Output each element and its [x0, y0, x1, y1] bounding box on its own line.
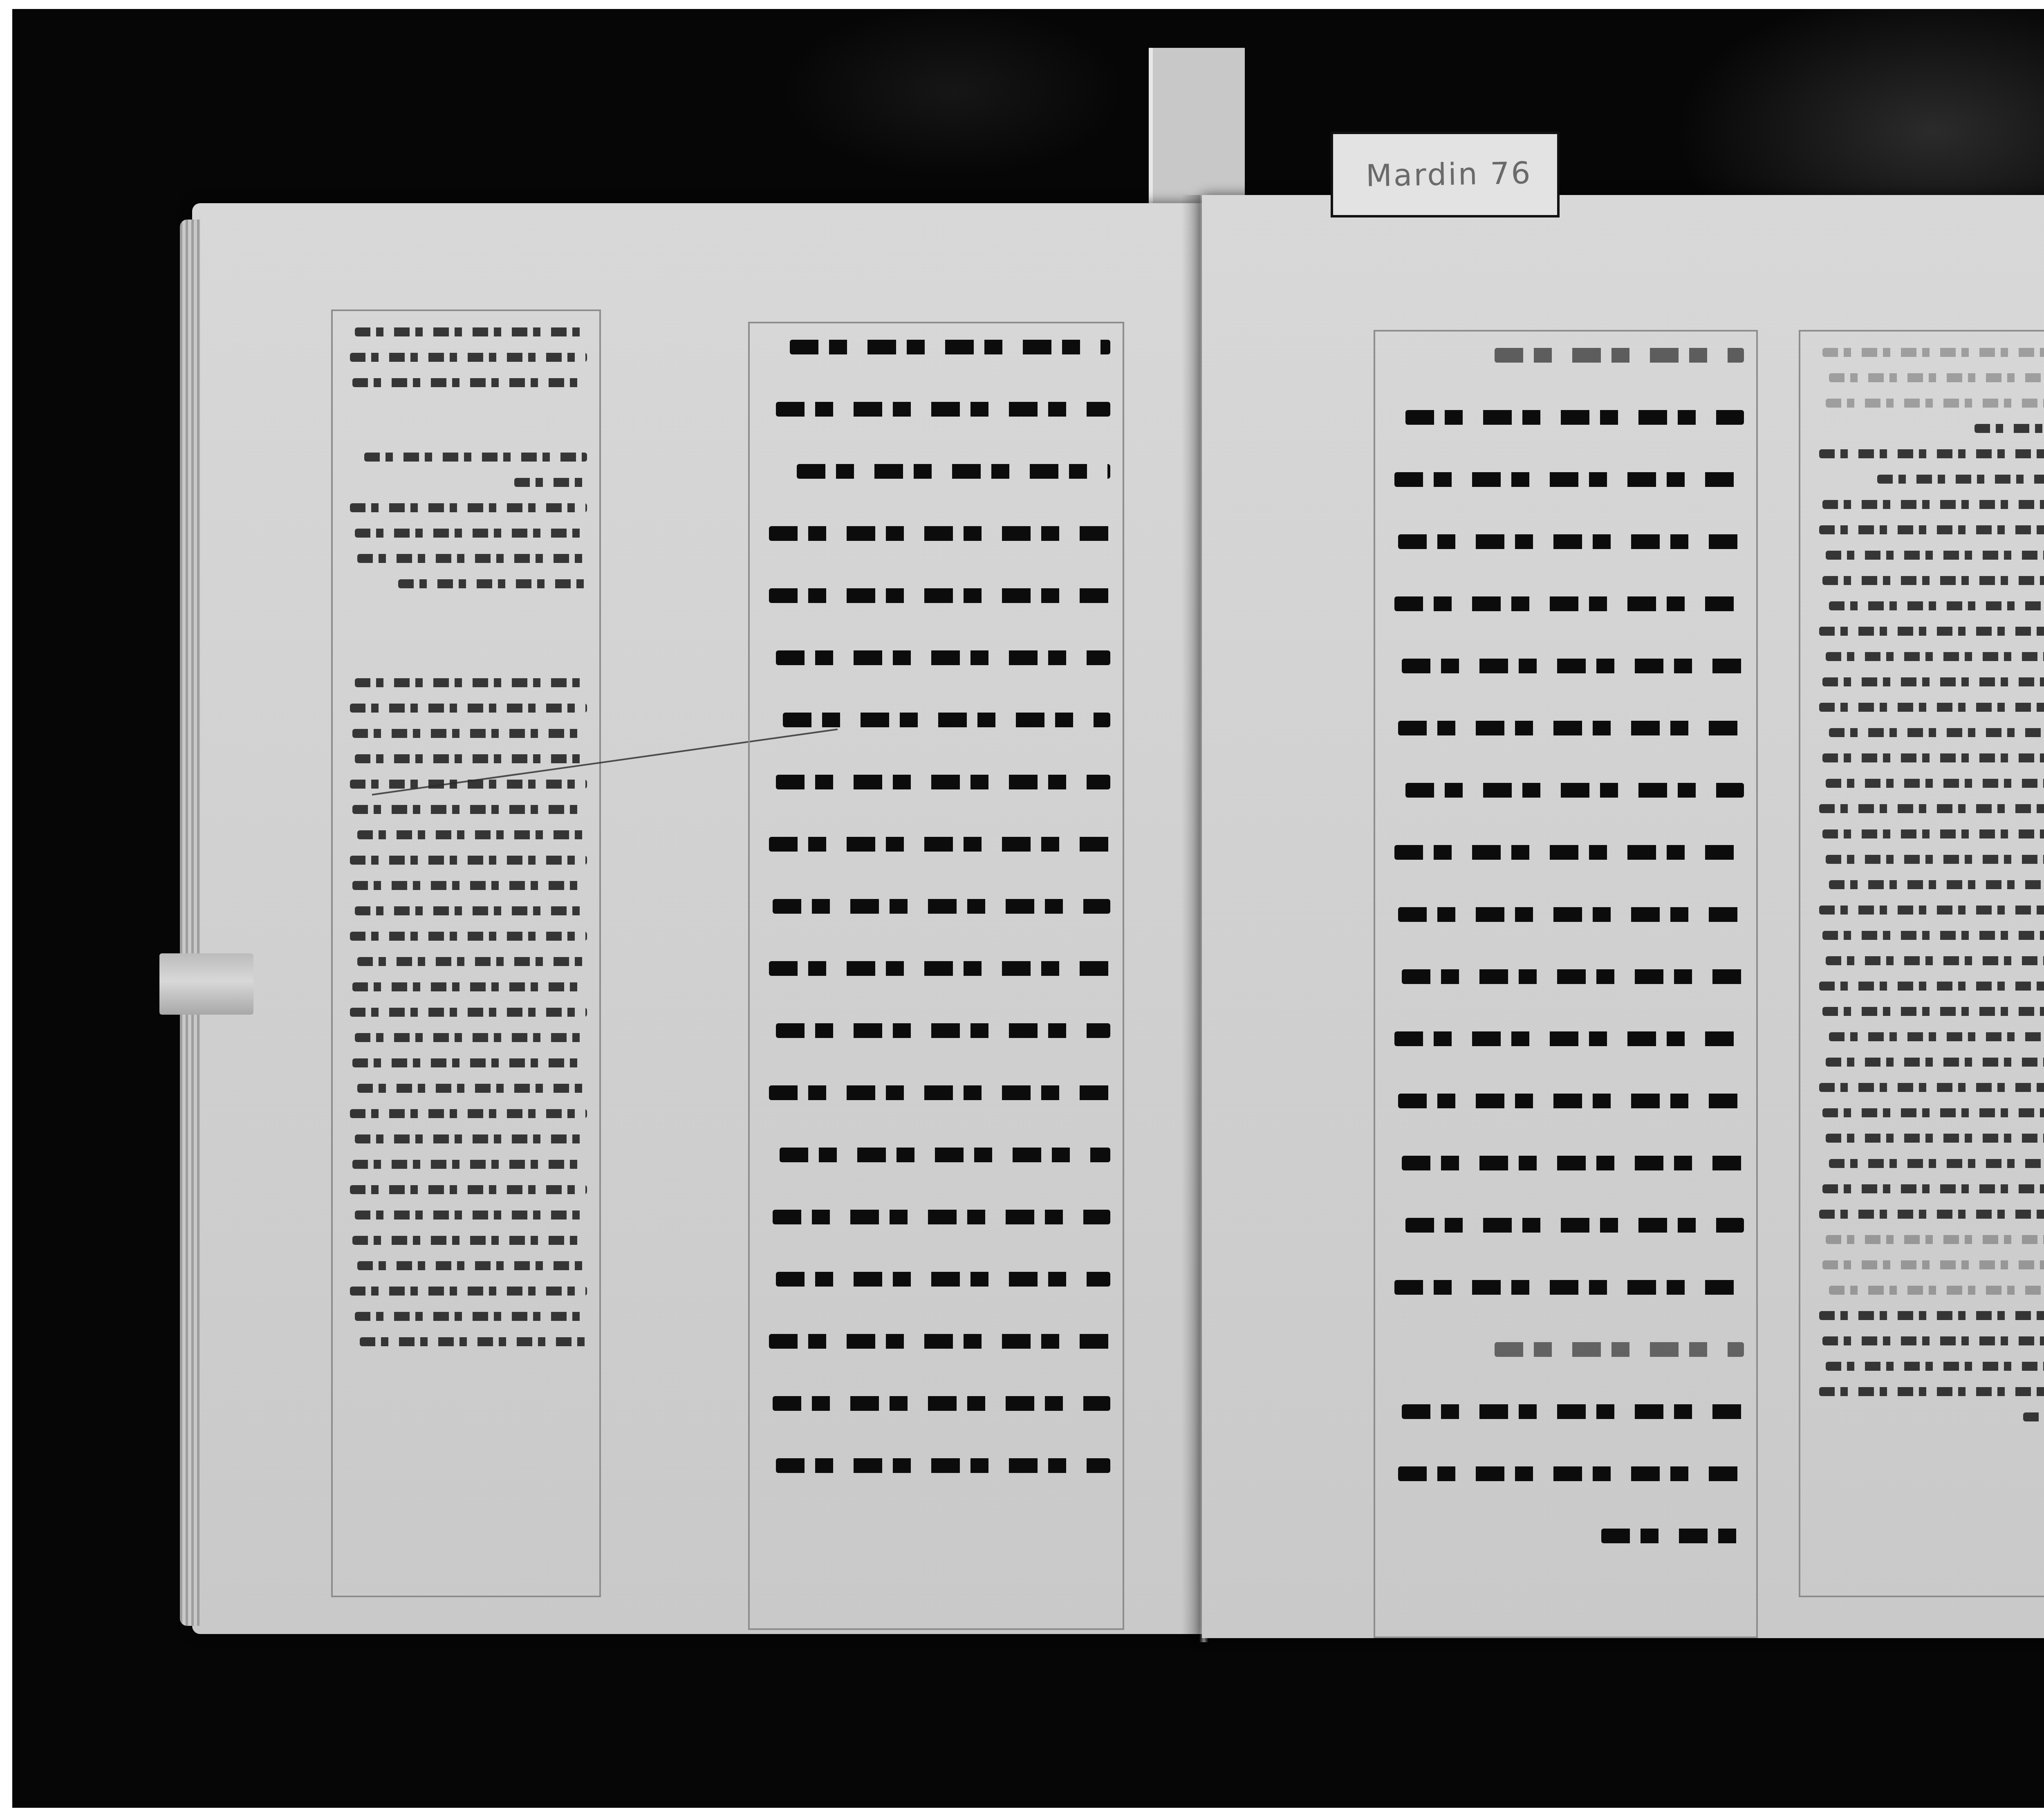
left-page	[192, 203, 1202, 1634]
left-page-inner-column	[748, 322, 1124, 1630]
left-page-outer-column	[331, 309, 601, 1597]
right-page-inner-column	[1374, 330, 1758, 1638]
photo-frame: Mardin 76	[12, 9, 2044, 1808]
open-manuscript	[192, 195, 2044, 1642]
text-lines-small	[345, 327, 587, 1579]
left-page-clip	[159, 953, 253, 1015]
text-lines-large	[1387, 348, 1744, 1620]
paper-strip-bookmark	[1149, 48, 1245, 220]
text-lines-large	[762, 340, 1110, 1612]
shelfmark-label: Mardin 76	[1331, 132, 1560, 217]
left-page-edges	[180, 220, 200, 1626]
text-lines-small	[1813, 348, 2044, 1579]
right-page-outer-column	[1799, 330, 2044, 1597]
right-page	[1202, 195, 2044, 1638]
shelfmark-text: Mardin 76	[1365, 155, 1532, 193]
